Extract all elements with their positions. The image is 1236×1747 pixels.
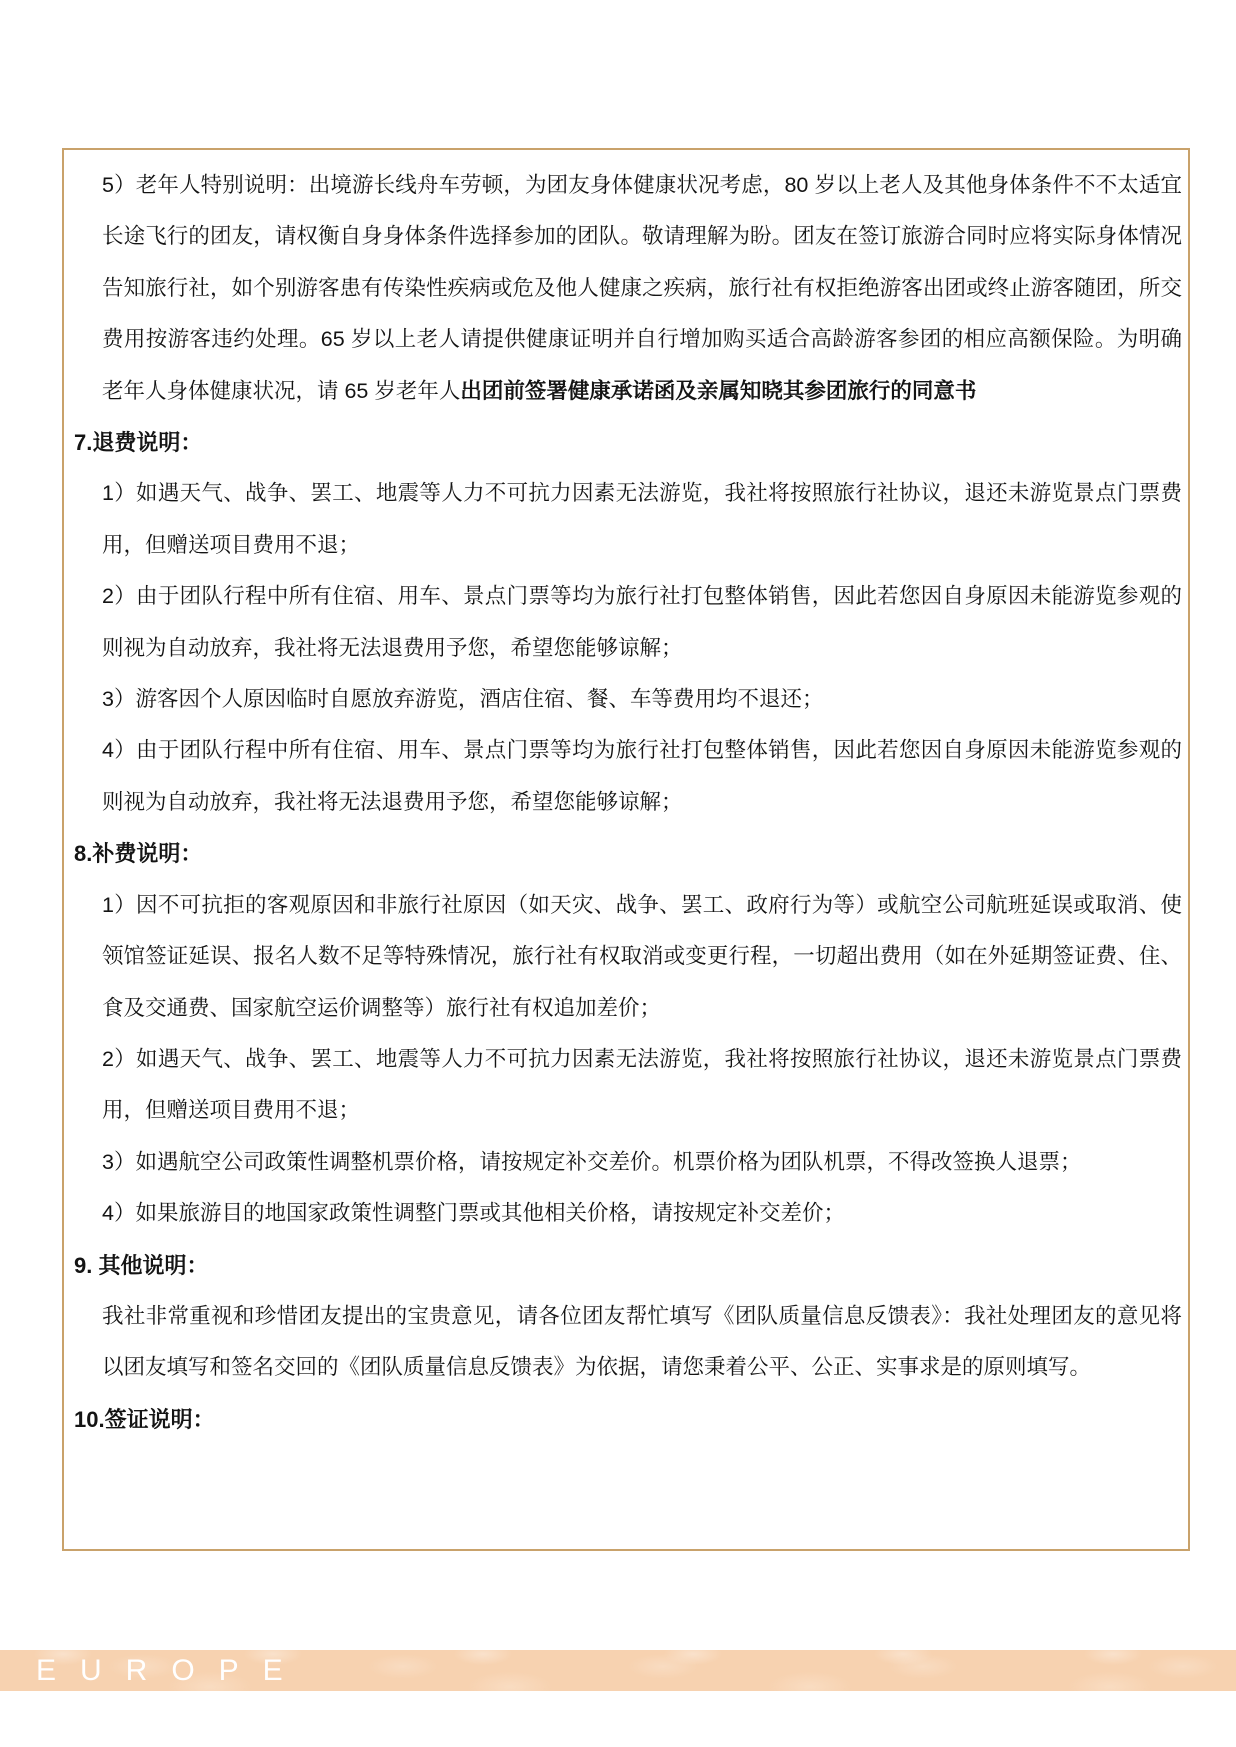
document-paragraphs: 5）老年人特别说明：出境游长线舟车劳顿，为团友身体健康状况考虑，80 岁以上老人… <box>74 160 1182 1445</box>
document-page: 5）老年人特别说明：出境游长线舟车劳顿，为团友身体健康状况考虑，80 岁以上老人… <box>0 0 1236 1747</box>
text-run: 2）由于团队行程中所有住宿、用车、景点门票等均为旅行社打包整体销售，因此若您因自… <box>102 584 1182 659</box>
text-run: 3）如遇航空公司政策性调整机票价格，请按规定补交差价。机票价格为团队机票，不得改… <box>102 1150 1081 1174</box>
bold-text-run: 8.补费说明： <box>74 841 202 866</box>
text-run: 5）老年人特别说明：出境游长线舟车劳顿，为团友身体健康状况考虑，80 岁以上老人… <box>102 173 1182 403</box>
section-heading: 7.退费说明： <box>74 417 1182 468</box>
europe-watermark-text: EUROPE <box>36 1654 307 1688</box>
section-heading: 8.补费说明： <box>74 828 1182 879</box>
document-border-box: 5）老年人特别说明：出境游长线舟车劳顿，为团友身体健康状况考虑，80 岁以上老人… <box>62 148 1190 1551</box>
paragraph: 1）因不可抗拒的客观原因和非旅行社原因（如天灾、战争、罢工、政府行为等）或航空公… <box>102 880 1182 1034</box>
bold-text-run: 出团前签署健康承诺函及亲属知晓其参团旅行的同意书 <box>460 379 976 403</box>
bold-text-run: 7.退费说明： <box>74 430 202 455</box>
section-heading: 9. 其他说明： <box>74 1240 1182 1291</box>
paragraph: 3）游客因个人原因临时自愿放弃游览，酒店住宿、餐、车等费用均不退还； <box>102 674 1182 725</box>
paragraph: 3）如遇航空公司政策性调整机票价格，请按规定补交差价。机票价格为团队机票，不得改… <box>102 1137 1182 1188</box>
paragraph: 1）如遇天气、战争、罢工、地震等人力不可抗力因素无法游览，我社将按照旅行社协议，… <box>102 468 1182 571</box>
text-run: 4）由于团队行程中所有住宿、用车、景点门票等均为旅行社打包整体销售，因此若您因自… <box>102 738 1182 813</box>
text-run: 3）游客因个人原因临时自愿放弃游览，酒店住宿、餐、车等费用均不退还； <box>102 687 823 711</box>
text-run: 1）如遇天气、战争、罢工、地震等人力不可抗力因素无法游览，我社将按照旅行社协议，… <box>102 481 1182 556</box>
paragraph: 4）由于团队行程中所有住宿、用车、景点门票等均为旅行社打包整体销售，因此若您因自… <box>102 725 1182 828</box>
paragraph: 2）如遇天气、战争、罢工、地震等人力不可抗力因素无法游览，我社将按照旅行社协议，… <box>102 1034 1182 1137</box>
paragraph: 2）由于团队行程中所有住宿、用车、景点门票等均为旅行社打包整体销售，因此若您因自… <box>102 571 1182 674</box>
europe-watermark-banner: EUROPE <box>0 1650 1236 1691</box>
text-run: 4）如果旅游目的地国家政策性调整门票或其他相关价格，请按规定补交差价； <box>102 1201 845 1225</box>
text-run: 1）因不可抗拒的客观原因和非旅行社原因（如天灾、战争、罢工、政府行为等）或航空公… <box>102 893 1182 1020</box>
paragraph: 4）如果旅游目的地国家政策性调整门票或其他相关价格，请按规定补交差价； <box>102 1188 1182 1239</box>
text-run: 2）如遇天气、战争、罢工、地震等人力不可抗力因素无法游览，我社将按照旅行社协议，… <box>102 1047 1182 1122</box>
section-heading: 10.签证说明： <box>74 1394 1182 1445</box>
bold-text-run: 10.签证说明： <box>74 1407 215 1432</box>
bold-text-run: 9. 其他说明： <box>74 1253 208 1278</box>
paragraph: 我社非常重视和珍惜团友提出的宝贵意见，请各位团友帮忙填写《团队质量信息反馈表》：… <box>102 1291 1182 1394</box>
paragraph: 5）老年人特别说明：出境游长线舟车劳顿，为团友身体健康状况考虑，80 岁以上老人… <box>102 160 1182 417</box>
text-run: 我社非常重视和珍惜团友提出的宝贵意见，请各位团友帮忙填写《团队质量信息反馈表》：… <box>102 1304 1182 1379</box>
